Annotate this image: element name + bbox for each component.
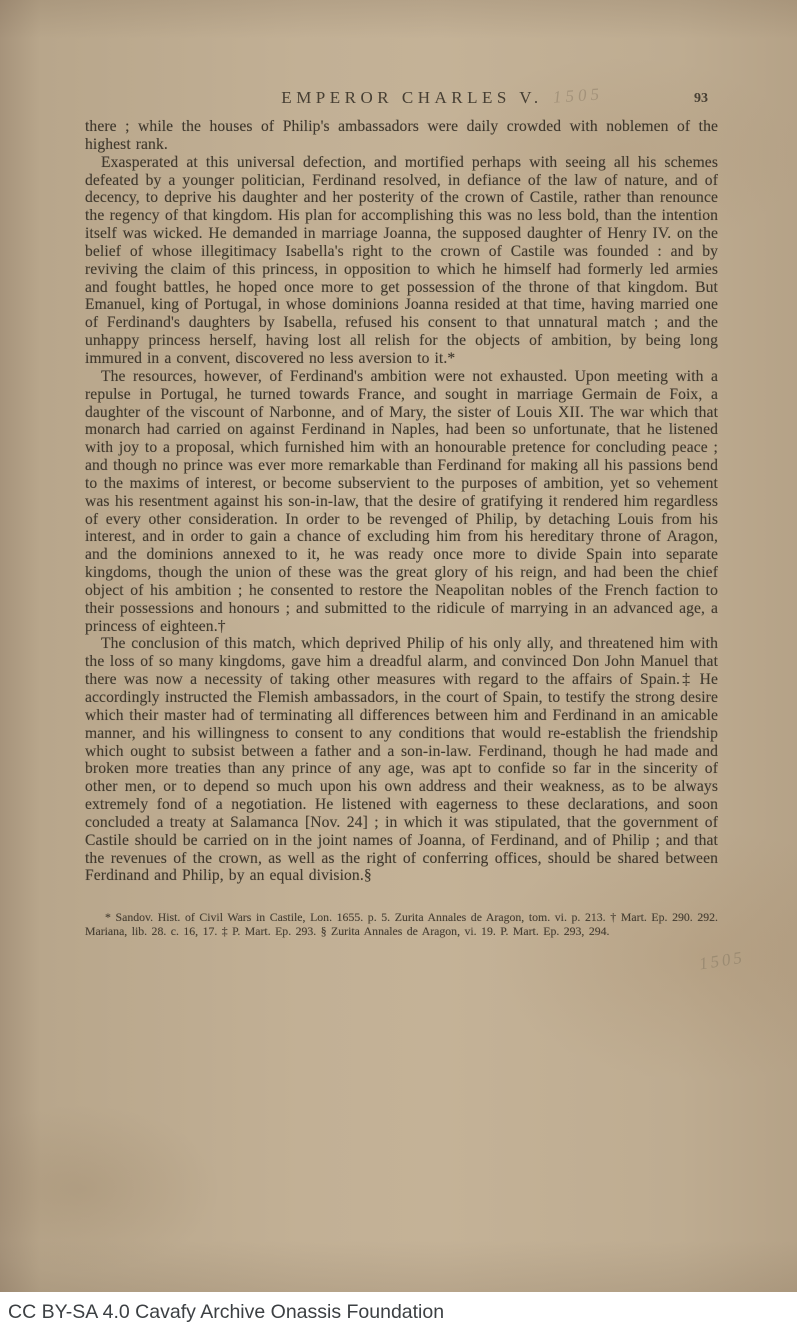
license-text: CC BY-SA 4.0 Cavafy Archive Onassis Foun… xyxy=(0,1292,797,1333)
paragraph: Exasperated at this universal defection,… xyxy=(85,154,718,368)
handwritten-date-header: 1505 xyxy=(552,84,603,107)
body-text: there ; while the houses of Philip's amb… xyxy=(85,118,718,885)
footnote-block: * Sandov. Hist. of Civil Wars in Castile… xyxy=(85,911,718,939)
running-title: EMPEROR CHARLES V. xyxy=(281,88,542,108)
paragraph: The conclusion of this match, which depr… xyxy=(85,635,718,885)
page-content: EMPEROR CHARLES V. 1505 93 there ; while… xyxy=(85,86,718,939)
paragraph-continuation: there ; while the houses of Philip's amb… xyxy=(85,118,718,154)
running-head: EMPEROR CHARLES V. 1505 93 xyxy=(85,86,718,116)
license-bar: CC BY-SA 4.0 Cavafy Archive Onassis Foun… xyxy=(0,1292,797,1335)
page-number: 93 xyxy=(694,91,708,107)
paragraph: The resources, however, of Ferdinand's a… xyxy=(85,368,718,636)
handwritten-margin-note: 1505 xyxy=(698,948,747,975)
book-page-scan: EMPEROR CHARLES V. 1505 93 there ; while… xyxy=(0,0,797,1292)
screenshot-stage: EMPEROR CHARLES V. 1505 93 there ; while… xyxy=(0,0,797,1335)
